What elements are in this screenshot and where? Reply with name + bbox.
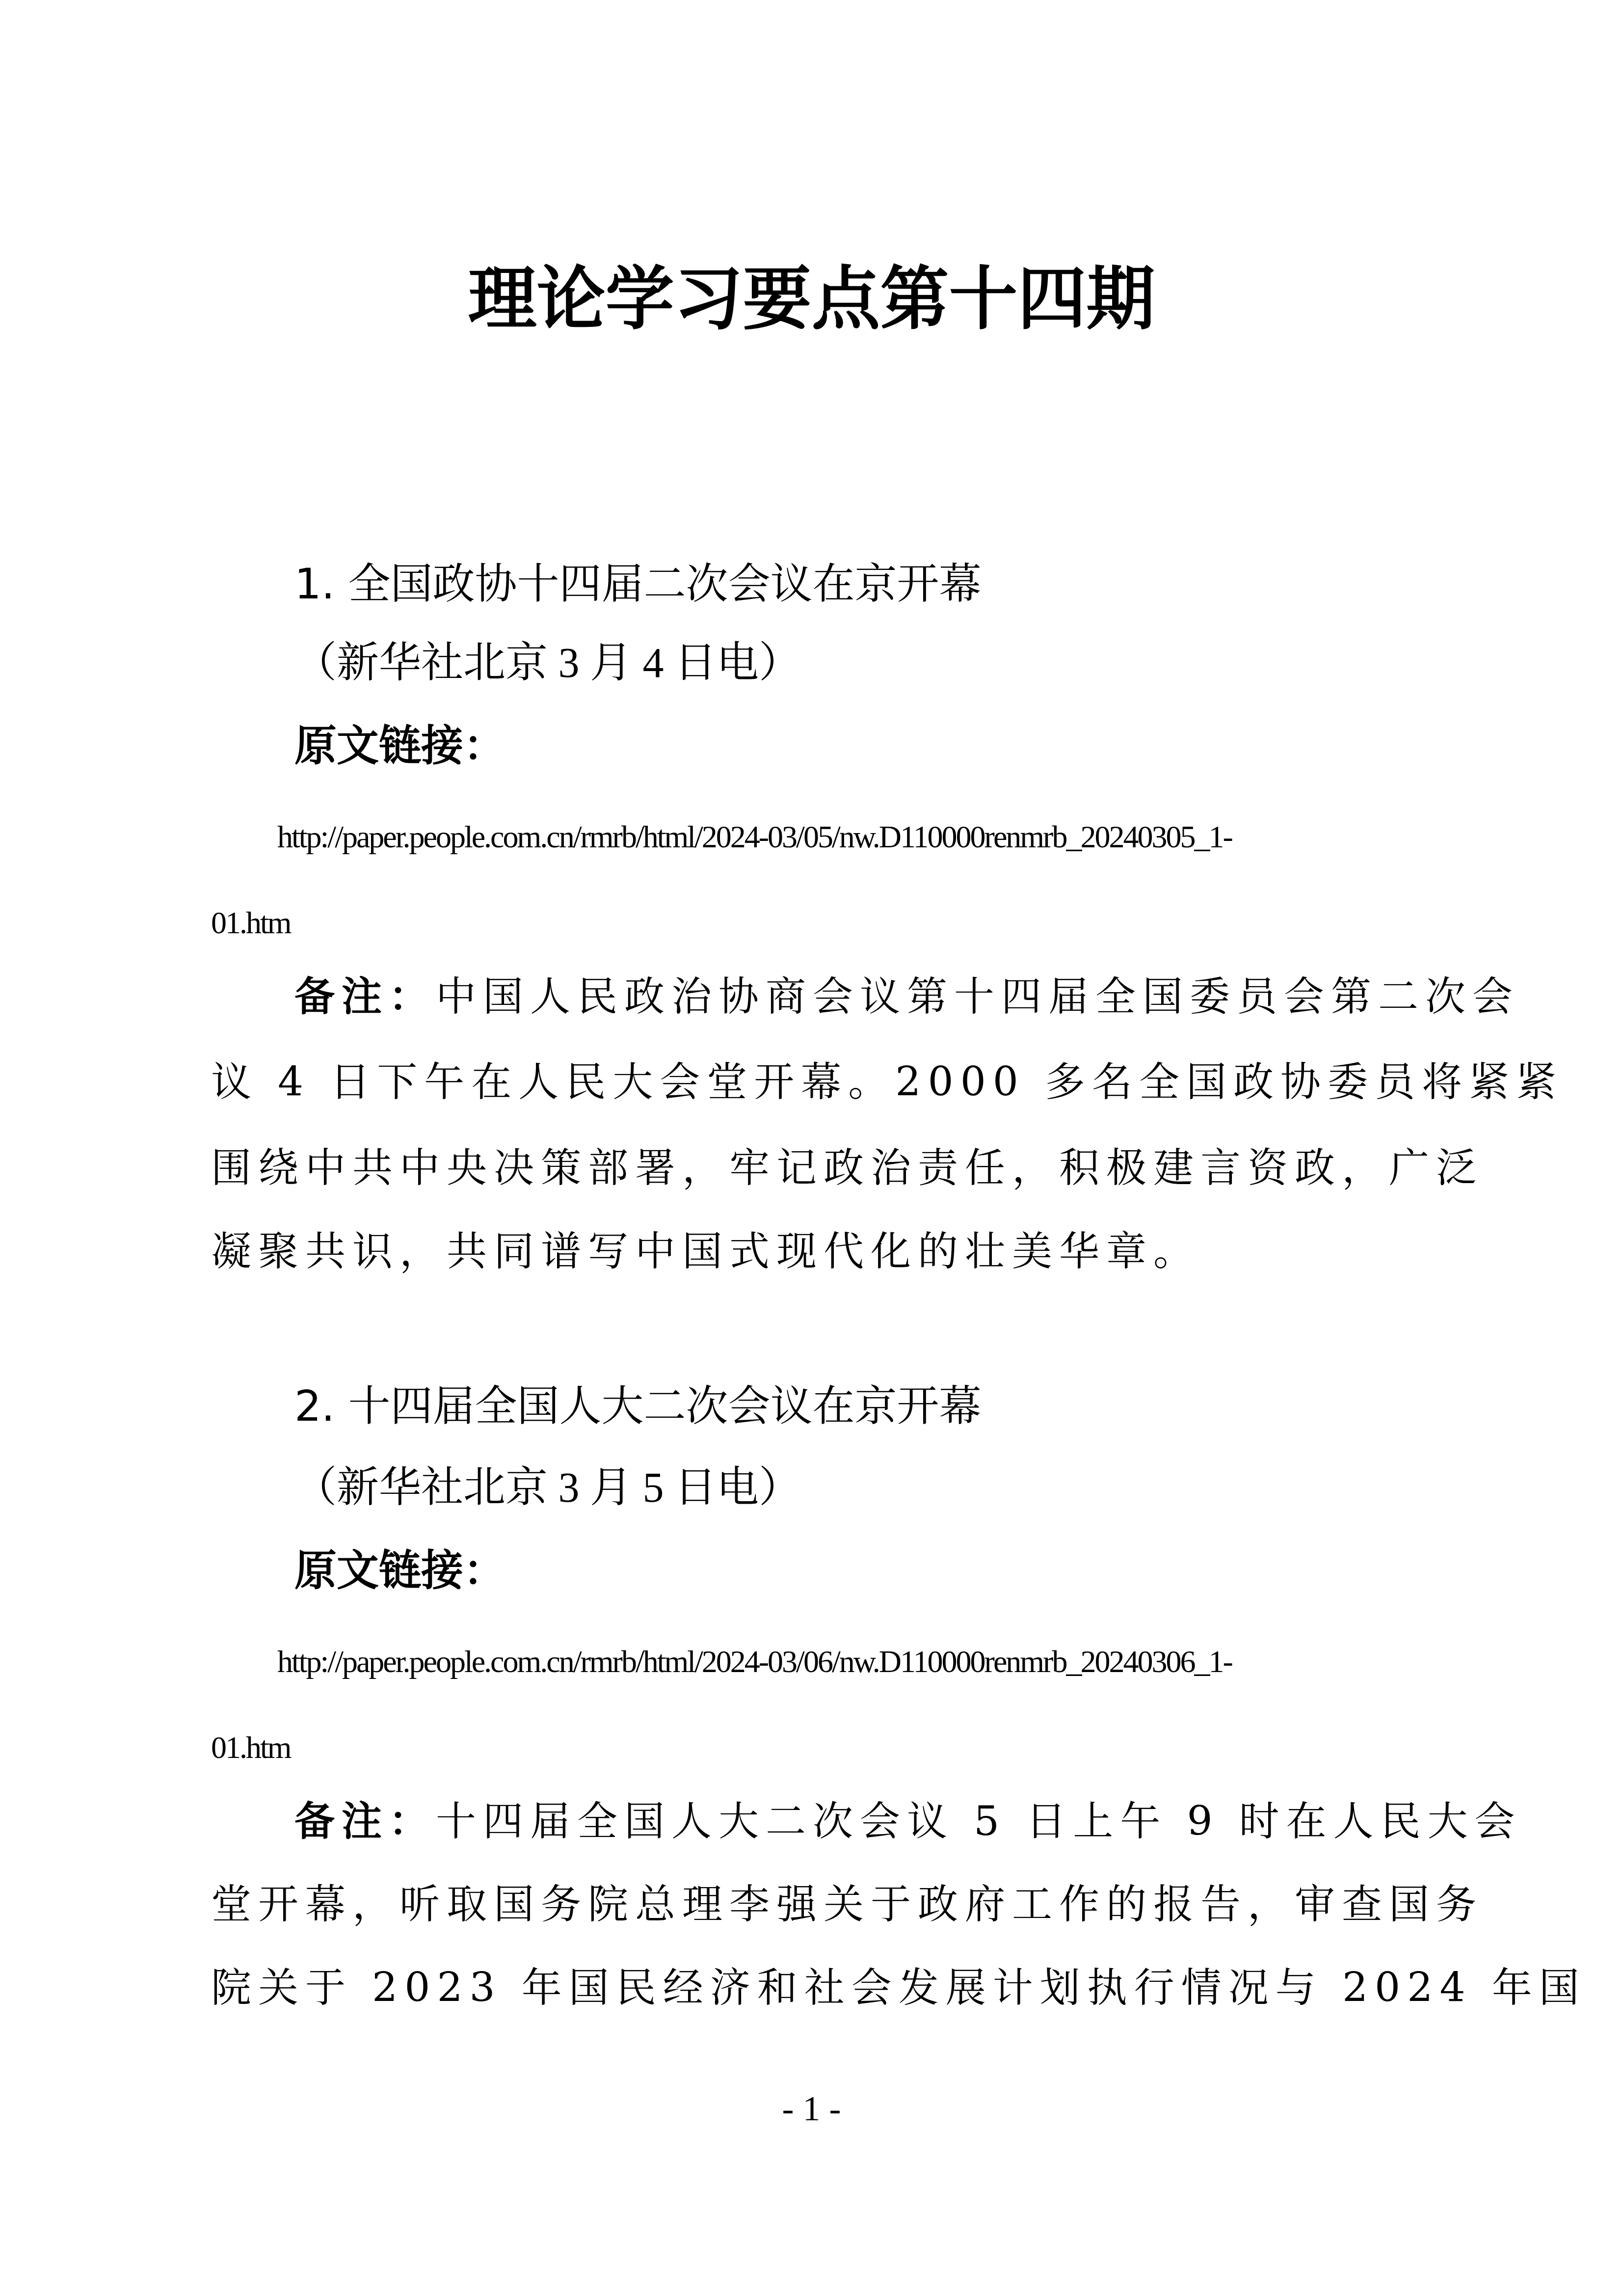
item-1-url-line-2[interactable]: 01.htm <box>211 898 1423 947</box>
item-2-note-label: 备注： <box>294 1798 436 1845</box>
item-1-url-line-1[interactable]: http://paper.people.com.cn/rmrb/html/202… <box>277 812 1490 862</box>
item-1-source: （新华社北京 3 月 4 日电） <box>294 638 1507 687</box>
item-1-note-label: 备注： <box>294 973 436 1020</box>
item-1-heading: 1. 全国政协十四届二次会议在京开幕 <box>294 560 1507 609</box>
item-2-source: （新华社北京 3 月 5 日电） <box>294 1463 1507 1512</box>
item-1-note-line-3: 围绕中共中央决策部署，牢记政治责任，积极建言资政，广泛 <box>211 1144 1423 1193</box>
item-1-note-text-1: 中国人民政治协商会议第十四届全国委员会第二次会 <box>436 973 1519 1020</box>
item-2-note-line-1: 备注：十四届全国人大二次会议 5 日上午 9 时在人民大会 <box>294 1797 1507 1846</box>
page-number: - 1 - <box>0 2086 1623 2131</box>
item-2-heading: 2. 十四届全国人大二次会议在京开幕 <box>294 1382 1507 1431</box>
item-1-note-line-2: 议 4 日下午在人民大会堂开幕。2000 多名全国政协委员将紧紧 <box>211 1058 1423 1107</box>
item-2-note-text-1: 十四届全国人大二次会议 5 日上午 9 时在人民大会 <box>436 1798 1522 1845</box>
item-1-link-label: 原文链接： <box>294 722 1507 771</box>
item-2-url-line-2[interactable]: 01.htm <box>211 1723 1423 1772</box>
item-1-note-line-4: 凝聚共识，共同谱写中国式现代化的壮美华章。 <box>211 1227 1423 1276</box>
item-2-link-label: 原文链接： <box>294 1546 1507 1595</box>
item-2-note-line-2: 堂开幕，听取国务院总理李强关于政府工作的报告，审查国务 <box>211 1880 1423 1929</box>
document-page: 理论学习要点第十四期 1. 全国政协十四届二次会议在京开幕 （新华社北京 3 月… <box>0 0 1623 2296</box>
item-1-note-line-1: 备注：中国人民政治协商会议第十四届全国委员会第二次会 <box>294 972 1507 1022</box>
item-2-url-line-1[interactable]: http://paper.people.com.cn/rmrb/html/202… <box>277 1637 1490 1686</box>
item-2-note-line-3: 院关于 2023 年国民经济和社会发展计划执行情况与 2024 年国 <box>211 1964 1423 2013</box>
document-title: 理论学习要点第十四期 <box>0 260 1623 339</box>
